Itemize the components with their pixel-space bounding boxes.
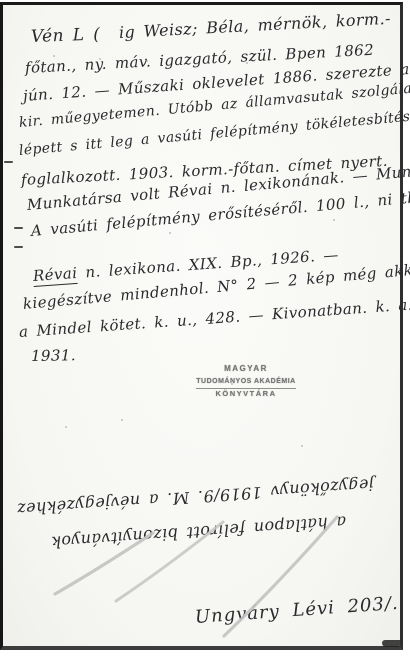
headword-text: Vén L ( [31, 25, 101, 47]
inverted-note-upper: jegyzőkönyv 1919/9. M. a névjegyzékhez [16, 475, 374, 519]
scan-speck [333, 219, 335, 221]
scan-speck [231, 383, 233, 385]
stamp-line-3: KÖNYVTÁRA [191, 389, 301, 399]
entry-headword: Vén L ( [31, 25, 101, 47]
margin-dash-1 [4, 161, 13, 163]
stamp-line-2: TUDOMÁNYOS AKADÉMIA [196, 377, 295, 389]
scan-speck [121, 419, 123, 421]
scan-speck [301, 445, 303, 447]
entry-line-1b: ig Weisz; Béla, mérnök, korm.- [119, 9, 392, 42]
scan-speck [39, 511, 41, 513]
margin-dash-3 [14, 246, 23, 248]
bottom-corner-shadow [382, 640, 400, 647]
scan-speck [146, 60, 148, 62]
stamp-line-1: MAGYAR [191, 364, 301, 374]
signature-note: Ungváry Lévi 203/. [194, 593, 399, 628]
scan-speck [169, 232, 171, 234]
scan-speck [246, 62, 248, 64]
underlined-title: Révai [32, 264, 78, 287]
margin-dash-2 [14, 227, 23, 229]
scan-speck [208, 59, 210, 61]
catalog-card: Vén L ( ig Weisz; Béla, mérnök, korm.- f… [0, 2, 403, 650]
library-stamp: MAGYAR TUDOMÁNYOS AKADÉMIA KÖNYVTÁRA [191, 364, 301, 399]
scan-speck [65, 426, 67, 428]
scan-speck [99, 58, 101, 60]
biblio-line-4: 1931. [31, 346, 76, 365]
scan-speck [53, 55, 55, 57]
scan-speck [348, 477, 350, 479]
inverted-note-lower: a hátlapon felírott bizonyítványok [50, 512, 346, 552]
